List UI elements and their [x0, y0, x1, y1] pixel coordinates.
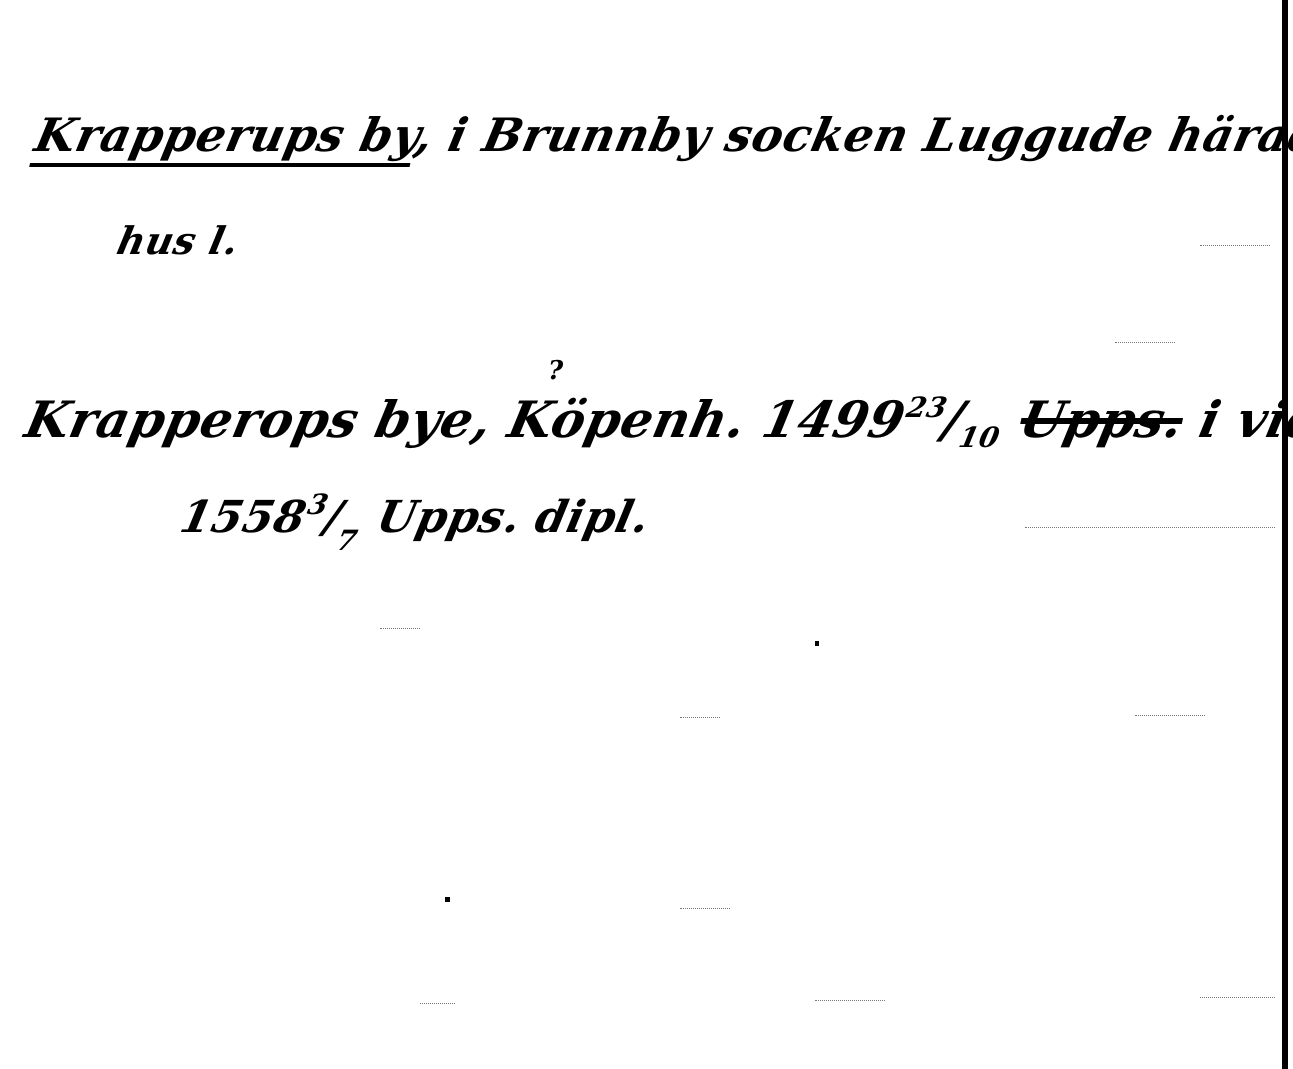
scan-noise: [680, 717, 720, 719]
date-1-month: 10: [956, 421, 1003, 454]
source-2: Upps. dipl.: [372, 492, 654, 543]
entry-1-line-2: hus l.: [113, 218, 243, 263]
headword: Krapperups by: [30, 108, 422, 162]
scan-noise: [680, 908, 730, 910]
note-vidimus: i vidim.: [1194, 390, 1293, 449]
scan-noise: [1115, 342, 1175, 344]
archive-card: Krapperups by, i Brunnby socken Luggude …: [0, 0, 1293, 1069]
scan-noise: [420, 1003, 455, 1005]
entry-2-line-1: Krapperops bye, Köpenh. 149923/10 Upps. …: [19, 390, 1293, 454]
date-2-month: 7: [334, 524, 361, 557]
scan-noise: [1025, 527, 1275, 529]
source-1: Köpenh.: [503, 390, 752, 449]
scan-noise: [380, 628, 420, 630]
uncertain-mark: ?: [548, 356, 564, 386]
location-text: , i Brunnby socken Luggude härad Malmö-: [411, 108, 1293, 162]
struck-text: Upps.: [1015, 390, 1189, 449]
scan-noise: [1200, 245, 1270, 247]
scan-noise: [1135, 715, 1205, 717]
year-1: 1499: [757, 390, 911, 449]
year-2: 1558: [176, 492, 311, 543]
scan-speck: [815, 641, 819, 646]
entry-1-line-1: Krapperups by, i Brunnby socken Luggude …: [30, 108, 1293, 162]
scan-speck: [445, 897, 450, 902]
place-form: Krapperops bye: [20, 390, 480, 449]
entry-2-line-2: 15583/7 Upps. dipl.: [173, 488, 656, 557]
card-edge: [1282, 0, 1288, 1069]
scan-noise: [815, 1000, 885, 1002]
scan-noise: [1200, 997, 1275, 999]
